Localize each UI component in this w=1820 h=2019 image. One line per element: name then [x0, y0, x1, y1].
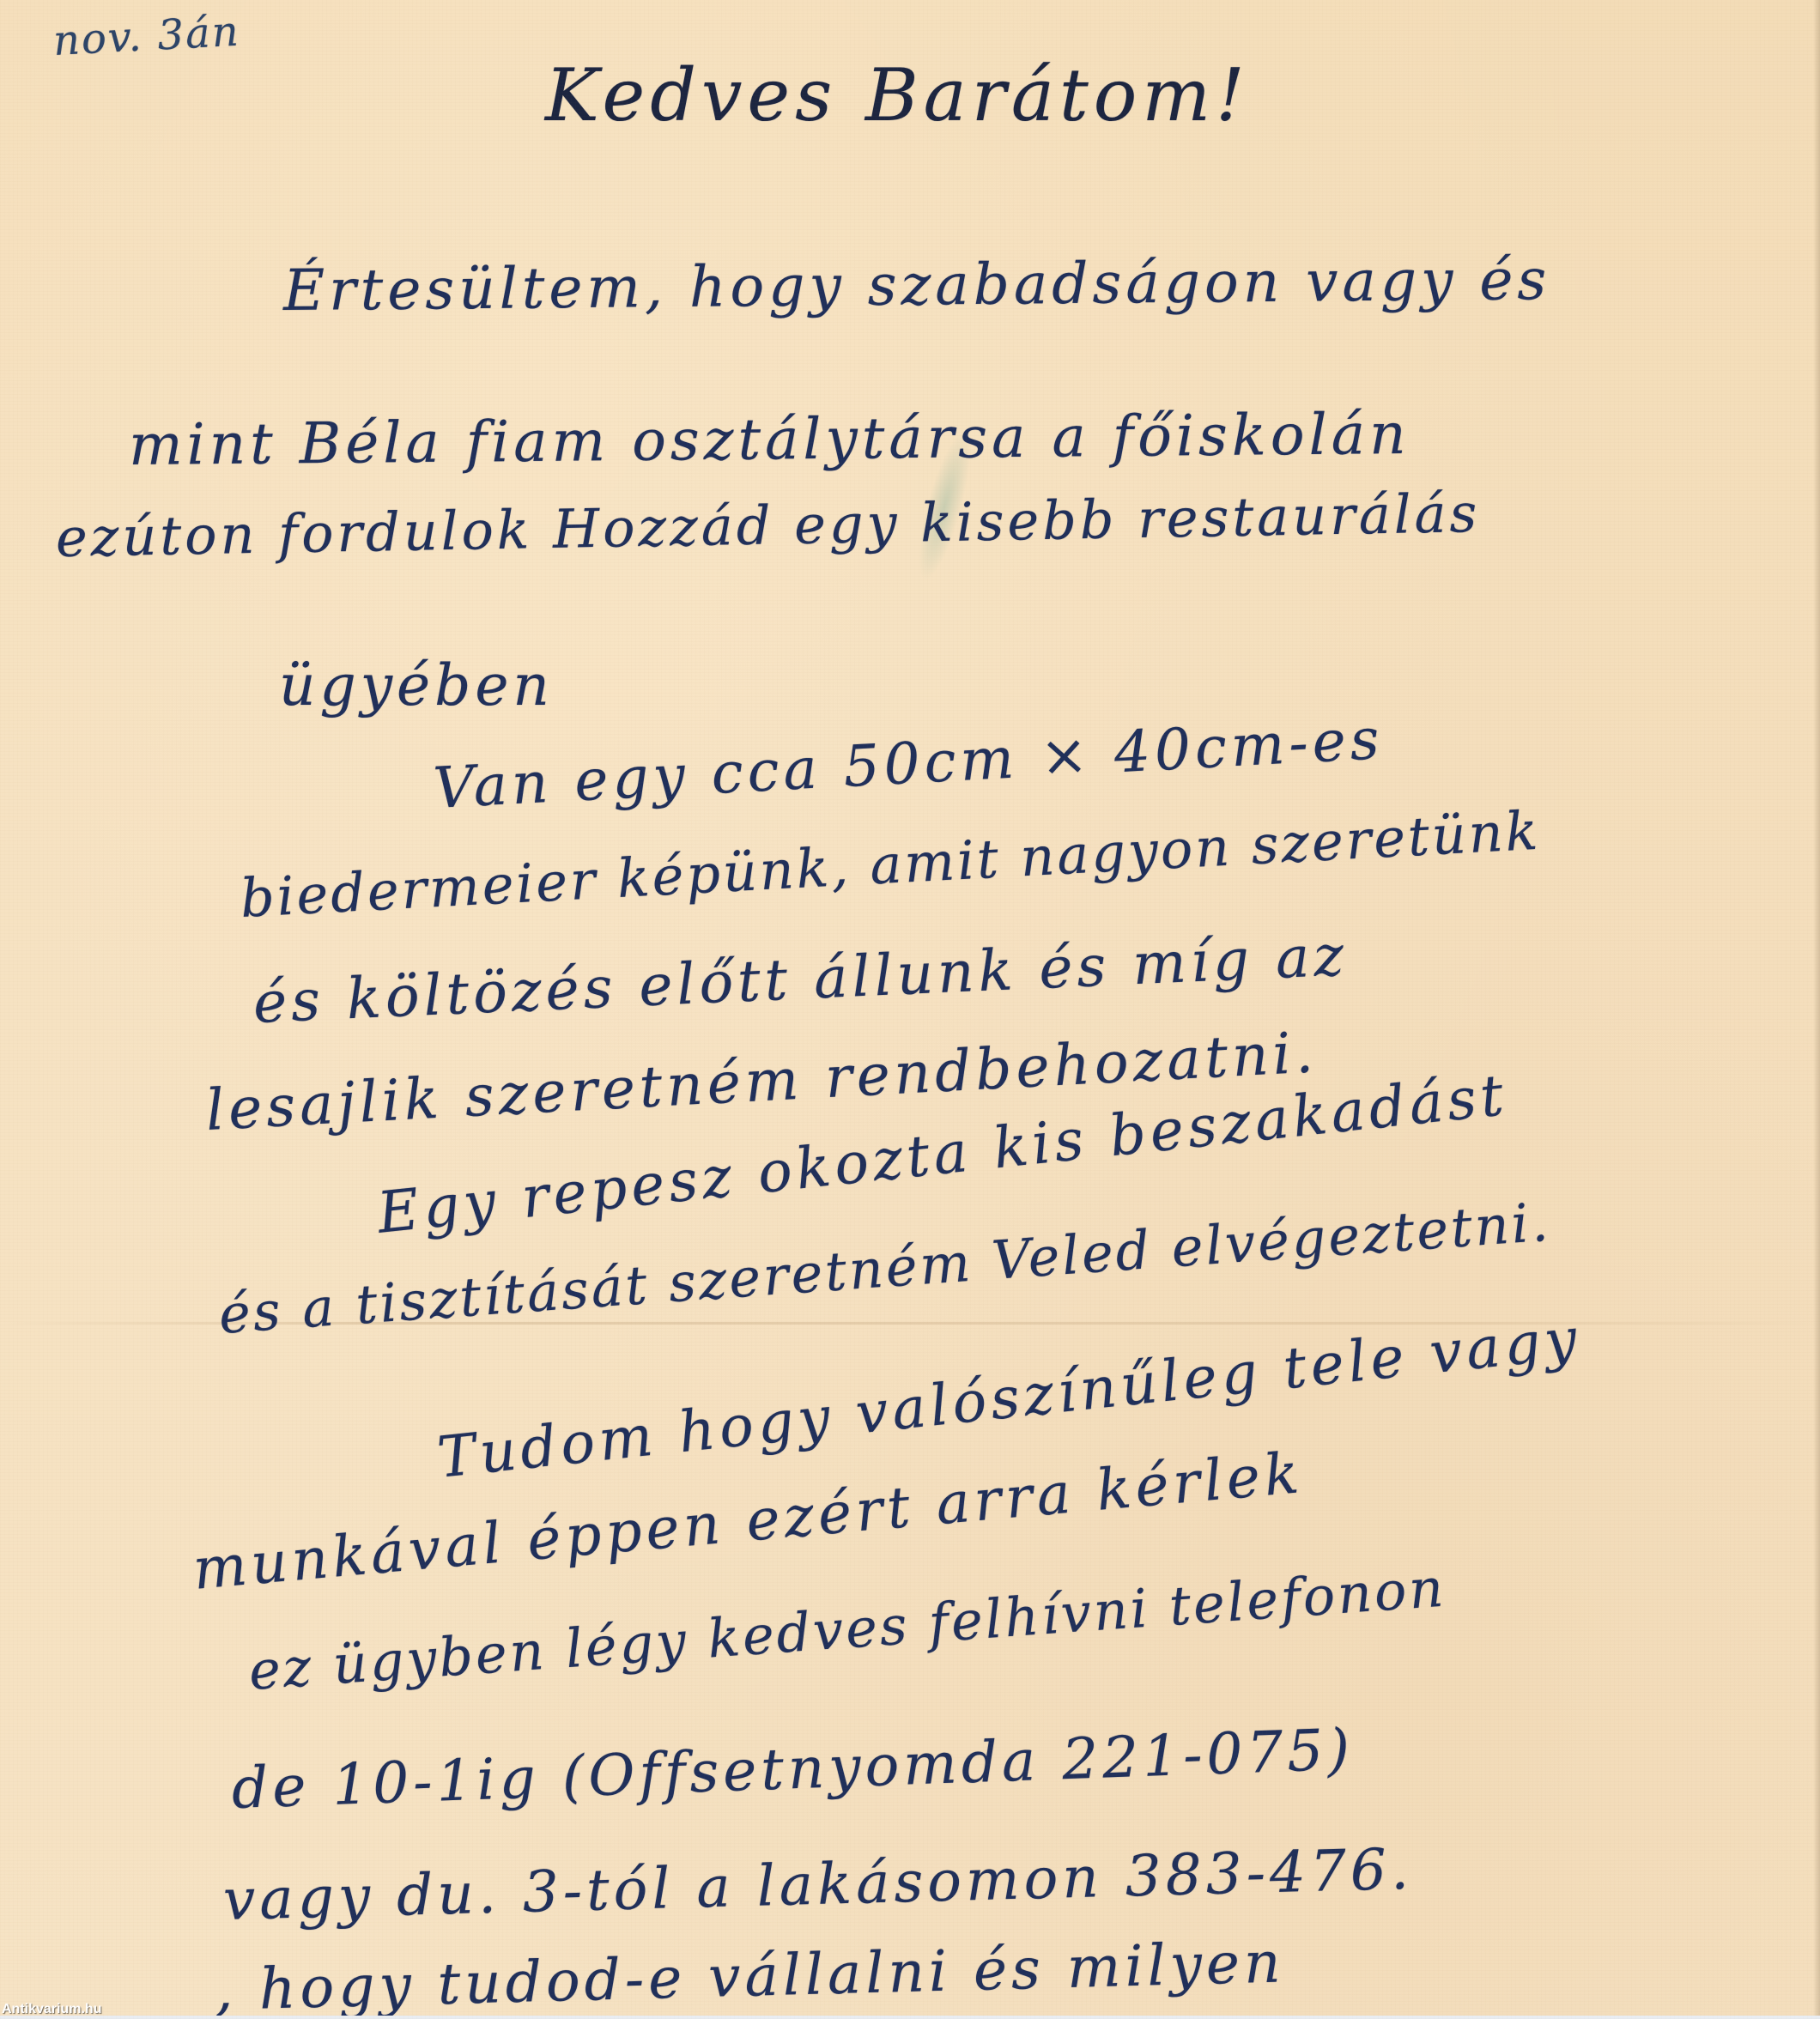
letter-page: nov. 3án Kedves Barátom! Értesültem, hog… [0, 0, 1820, 2019]
scan-edge [0, 2016, 1820, 2019]
letter-line-11: Tudom hogy valószínűleg tele vagy [434, 1305, 1584, 1490]
letter-line-6: biedermeier képünk, amit nagyon szeretün… [239, 799, 1542, 930]
letter-line-2: mint Béla fiam osztálytársa a főiskolán [129, 401, 1410, 478]
letter-line-16: , hogy tudod-e vállalni és milyen [214, 1929, 1285, 2019]
letter-line-14: de 10-1ig (Offsetnyomda 221-075) [231, 1716, 1356, 1822]
paper-edge [1813, 0, 1820, 2019]
letter-line-5: Van egy cca 50cm × 40cm-es [432, 706, 1385, 822]
letter-date: nov. 3án [52, 8, 241, 65]
letter-line-3: ezúton fordulok Hozzád egy kisebb restau… [55, 482, 1481, 569]
letter-line-7: és költözés előtt állunk és míg az [252, 922, 1349, 1036]
letter-salutation: Kedves Barátom! [545, 53, 1250, 137]
letter-line-1: Értesültem, hogy szabadságon vagy és [283, 246, 1551, 324]
letter-line-4: ügyében [279, 652, 554, 718]
letter-line-15: vagy du. 3-tól a lakásomon 383-476. [222, 1836, 1414, 1933]
